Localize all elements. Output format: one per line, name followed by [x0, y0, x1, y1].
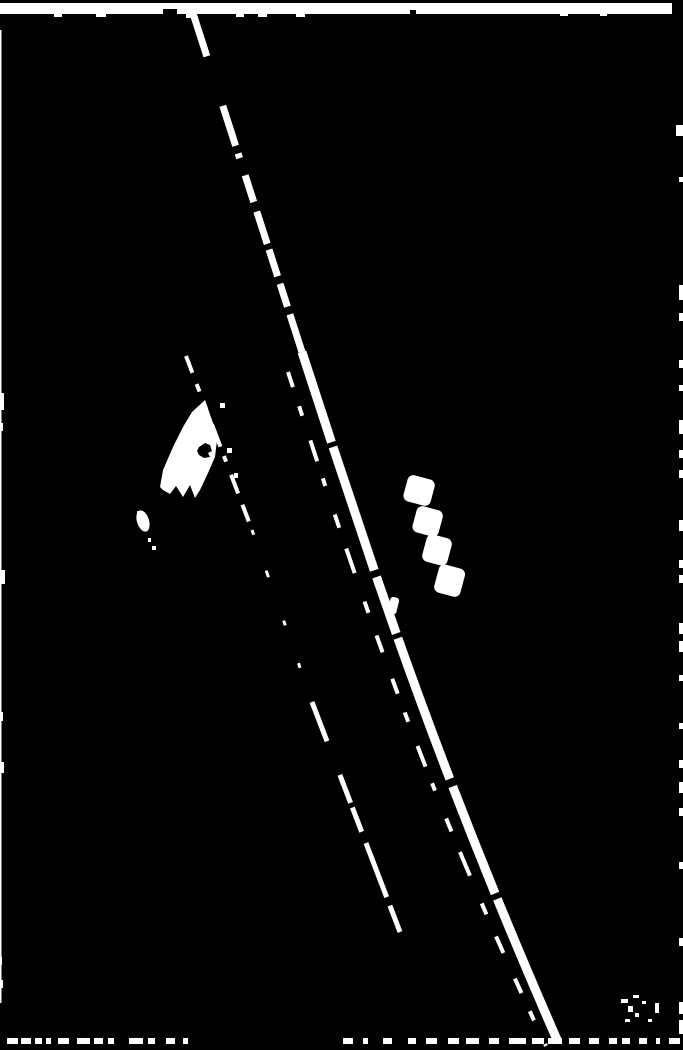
binary-mask-image — [0, 0, 683, 1050]
binary-mask-frame — [0, 0, 683, 1050]
top-border-band — [0, 3, 672, 14]
left-border-line — [0, 30, 2, 1003]
page-root: { "meta": { "scene": "binary-change-dete… — [0, 0, 683, 1050]
background-fill — [0, 0, 683, 1050]
